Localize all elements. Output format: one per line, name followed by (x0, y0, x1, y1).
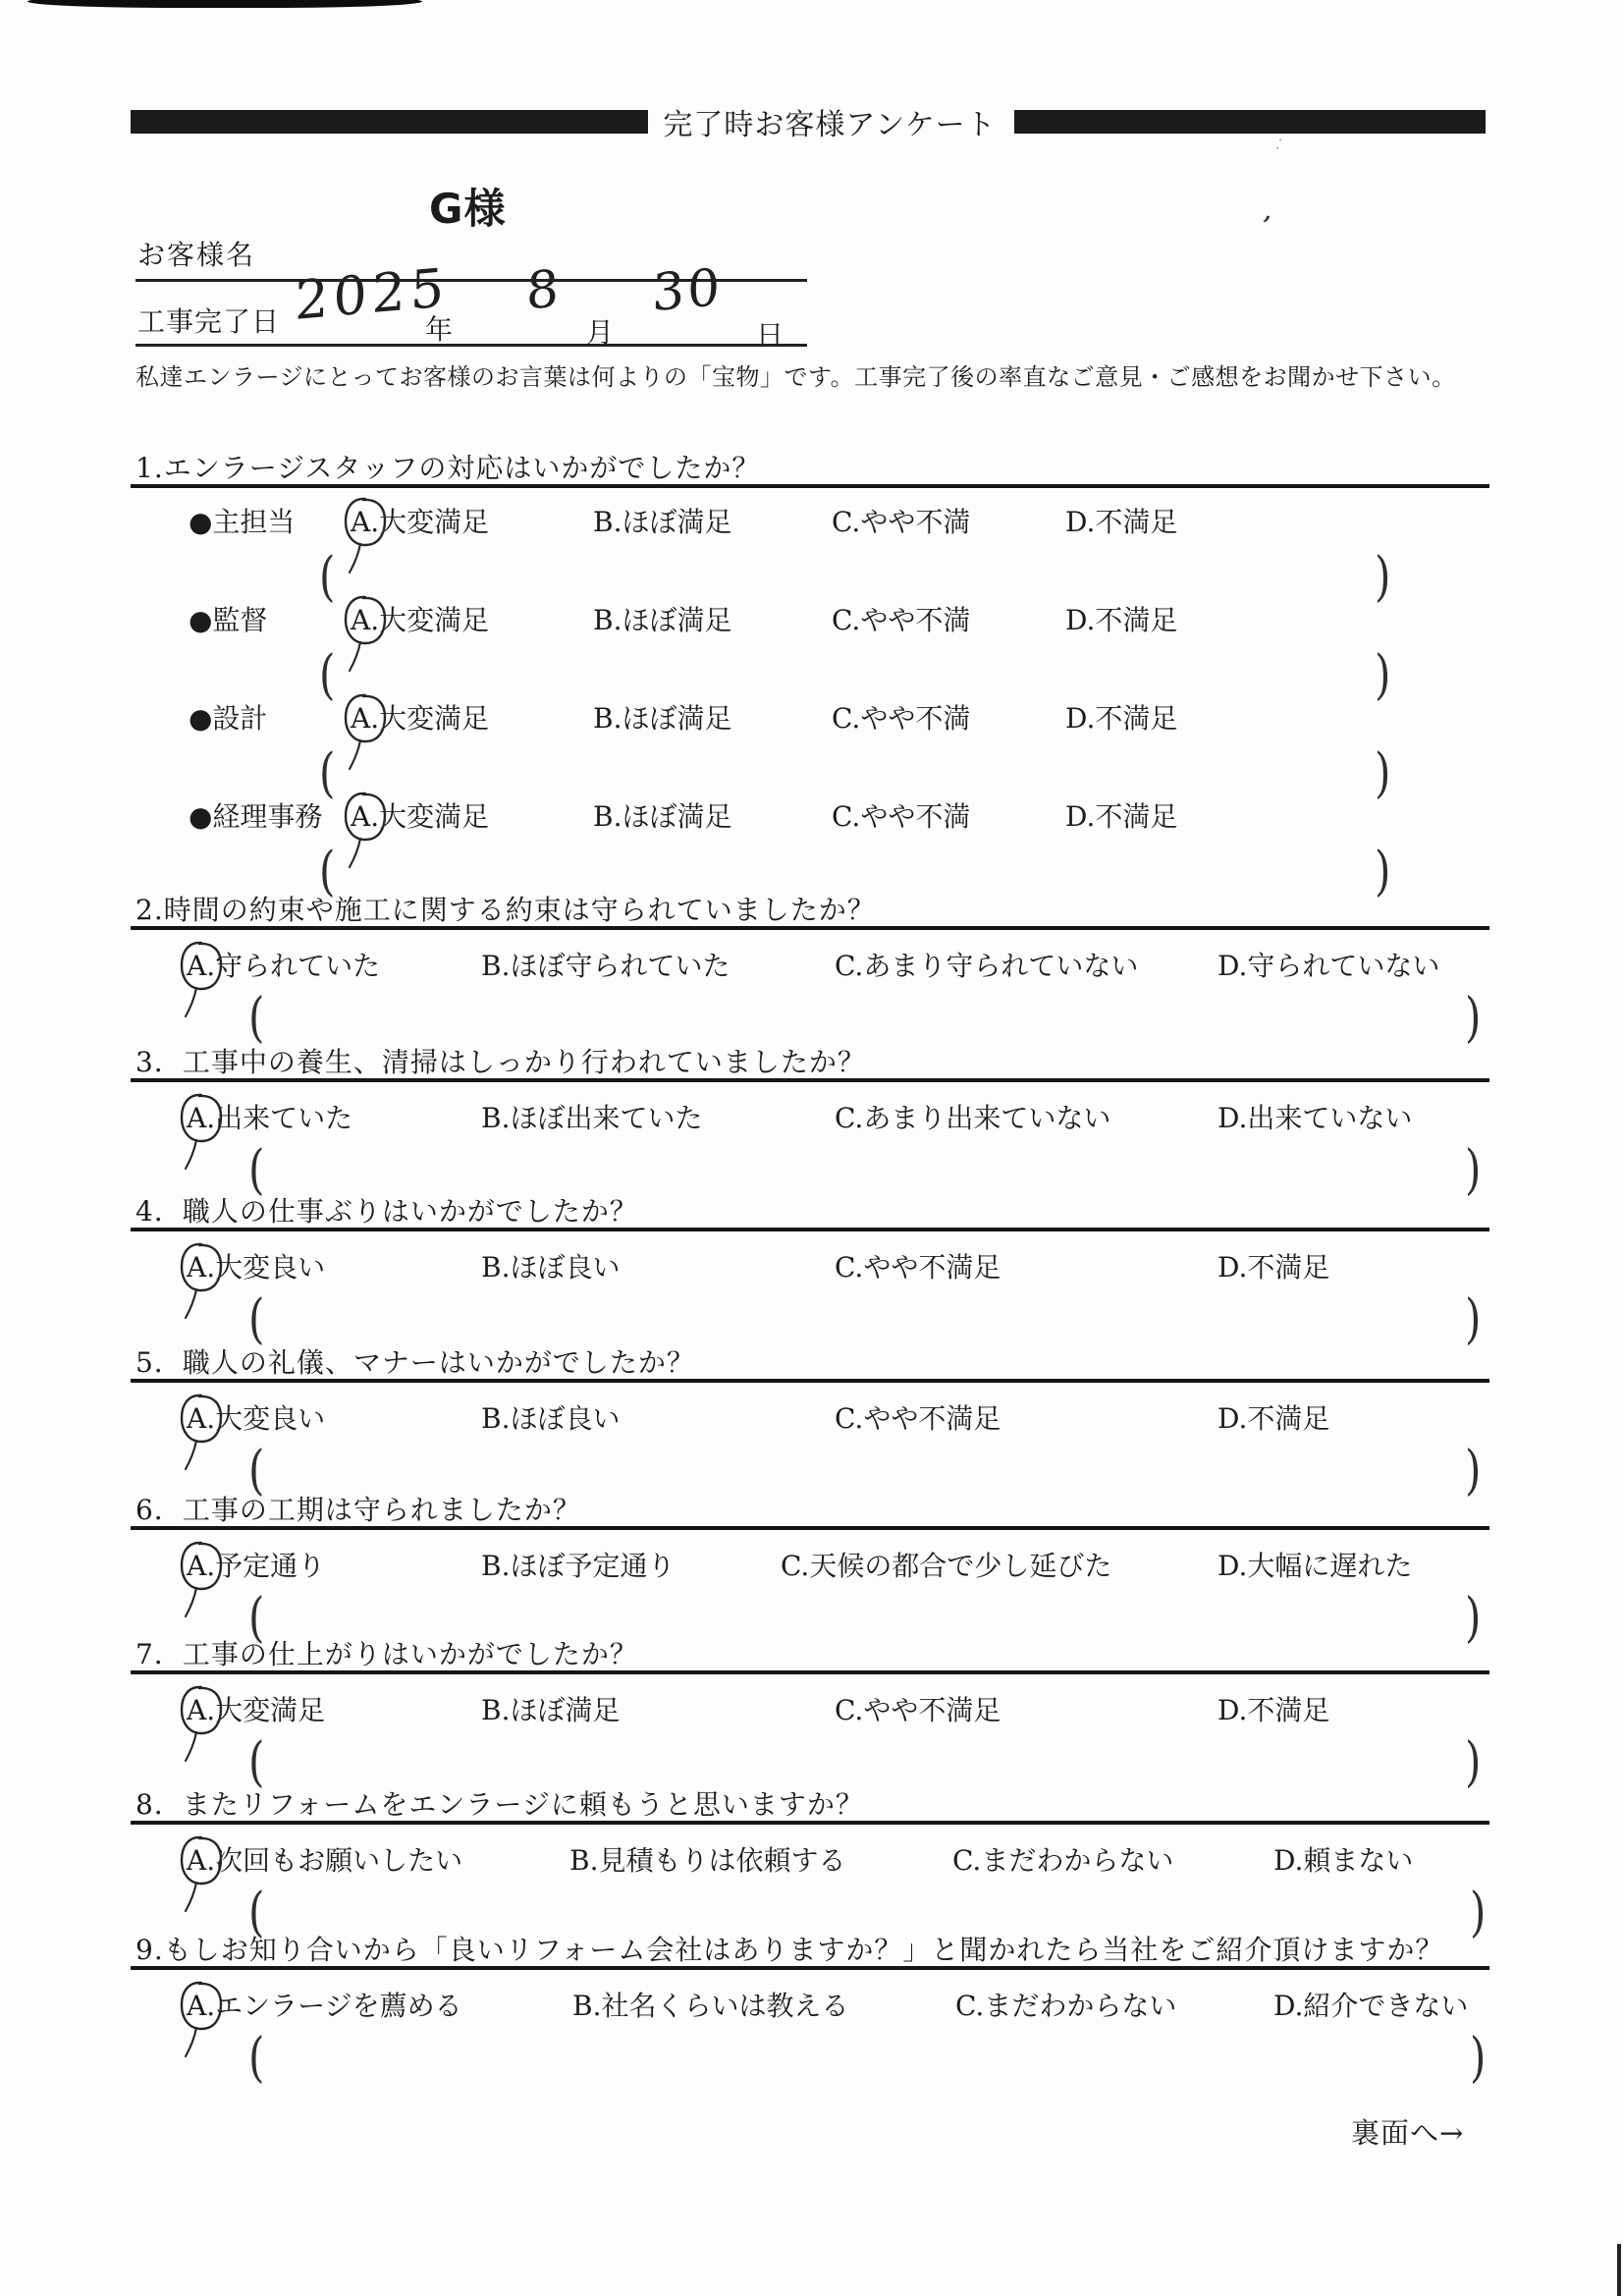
answer-blank-close-paren: ) (1465, 1735, 1481, 1789)
option-d: D.不満足 (1217, 1397, 1329, 1437)
selected-answer-circle-mark (176, 1392, 227, 1476)
scan-artifact-smudge (27, 0, 422, 8)
option-text: 大変良い (215, 1402, 325, 1435)
option-b: B.ほぼ満足 (593, 697, 732, 737)
option-letter: A. (187, 1251, 215, 1284)
answer-blank-close-paren: ) (1375, 746, 1390, 800)
question-underline (131, 1670, 1489, 1674)
option-letter: B. (569, 1844, 598, 1877)
answer-blank-open-paren: ( (248, 1292, 264, 1346)
selected-answer-circle-mark (176, 1683, 227, 1768)
option-text: 守られていない (1247, 950, 1439, 982)
option-a: A.大変良い (187, 1246, 325, 1285)
row-label: ●経理事務 (189, 795, 322, 835)
option-text: あまり守られていない (863, 950, 1138, 982)
option-c: C.やや不満 (832, 501, 970, 540)
option-letter: A. (351, 604, 379, 636)
option-letter: C. (781, 1550, 809, 1582)
option-c: C.やや不満足 (835, 1397, 1001, 1437)
option-text: やや不満足 (863, 1251, 1001, 1284)
answer-blank-close-paren: ) (1465, 991, 1481, 1045)
option-text: やや不満 (860, 702, 970, 735)
option-letter: C. (955, 1990, 984, 2022)
option-c: C.やや不満 (832, 697, 970, 737)
option-b: B.ほぼ出来ていた (481, 1097, 703, 1136)
option-a: A.守られていた (187, 945, 380, 984)
question-title: 7．工事の仕上がりはいかがでしたか？ (135, 1633, 638, 1672)
option-letter: A. (187, 950, 215, 982)
option-text: ほぼ満足 (622, 702, 731, 735)
question-title: 6．工事の工期は守られましたか？ (135, 1489, 581, 1528)
option-c: C.やや不満 (832, 795, 970, 835)
answer-blank-open-paren: ( (319, 648, 335, 702)
option-letter: A. (187, 1694, 215, 1726)
option-letter: D. (1065, 800, 1095, 833)
option-letter: A. (187, 1844, 215, 1877)
option-text: やや不満 (860, 506, 970, 538)
customer-name-value: G様 (429, 177, 506, 236)
option-text: 不満足 (1247, 1251, 1329, 1284)
option-text: 頼まない (1303, 1844, 1413, 1877)
option-text: 不満足 (1095, 506, 1177, 538)
option-text: 不満足 (1095, 604, 1177, 636)
answer-blank-close-paren: ) (1470, 2031, 1486, 2085)
option-letter: D. (1273, 1990, 1303, 2022)
completion-date-label: 工事完了日 (137, 301, 280, 340)
back-side-note: 裏面へ→ (1351, 2111, 1464, 2152)
option-text: 不満足 (1095, 702, 1177, 735)
option-text: やや不満足 (863, 1402, 1001, 1435)
option-letter: C. (832, 800, 860, 833)
option-text: エンラージを薦める (215, 1990, 461, 2022)
option-letter: C. (952, 1844, 981, 1877)
option-letter: D. (1273, 1844, 1303, 1877)
option-text: ほぼ守られていた (510, 950, 730, 982)
option-b: B.ほぼ満足 (593, 795, 732, 835)
option-letter: D. (1065, 506, 1095, 538)
option-letter: D. (1065, 702, 1095, 735)
option-d: D.不満足 (1217, 1689, 1329, 1728)
option-letter: D. (1217, 1550, 1247, 1582)
option-letter: B. (481, 1251, 510, 1284)
completion-date-underline (135, 344, 807, 347)
question-underline (131, 484, 1489, 488)
option-text: 天候の都合で少し延びた (809, 1550, 1111, 1582)
option-a: A.大変満足 (351, 599, 489, 638)
option-text: 不満足 (1095, 800, 1177, 833)
selected-answer-circle-mark (176, 1979, 227, 2063)
answer-blank-open-paren: ( (248, 1735, 264, 1789)
answer-blank-open-paren: ( (248, 1143, 264, 1197)
option-c: C.天候の都合で少し延びた (781, 1545, 1111, 1584)
option-text: 不満足 (1247, 1694, 1329, 1726)
completion-date-month-handwritten: 8 (526, 259, 560, 321)
answer-blank-open-paren: ( (319, 746, 335, 800)
option-a: A.大変満足 (187, 1689, 325, 1728)
option-b: B.ほぼ予定通り (481, 1545, 676, 1584)
option-letter: D. (1217, 950, 1247, 982)
option-letter: B. (481, 1402, 510, 1435)
option-c: C.あまり出来ていない (835, 1097, 1110, 1136)
option-b: B.見積もりは依頼する (569, 1839, 846, 1879)
option-letter: D. (1217, 1102, 1247, 1134)
option-letter: B. (593, 506, 622, 538)
option-c: C.まだわからない (955, 1985, 1176, 2024)
scan-artifact-dots: ⁚ (1273, 136, 1283, 154)
answer-blank-open-paren: ( (319, 550, 335, 604)
option-a: A.大変満足 (351, 697, 489, 737)
selected-answer-circle-mark (340, 495, 391, 579)
option-a: A.大変満足 (351, 795, 489, 835)
question-underline (131, 1966, 1489, 1970)
answer-blank-close-paren: ) (1465, 1292, 1481, 1346)
answer-blank-close-paren: ) (1375, 648, 1390, 702)
option-letter: A. (351, 702, 379, 735)
option-text: ほぼ出来ていた (510, 1102, 702, 1134)
option-text: ほぼ満足 (622, 800, 731, 833)
option-d: D.不満足 (1065, 501, 1177, 540)
option-text: 予定通り (215, 1550, 325, 1582)
option-text: ほぼ満足 (510, 1694, 620, 1726)
row-label: ●監督 (189, 599, 267, 638)
selected-answer-circle-mark (340, 790, 391, 874)
option-text: 大変満足 (379, 506, 489, 538)
question-underline (131, 926, 1489, 930)
question-underline (131, 1526, 1489, 1530)
option-letter: D. (1065, 604, 1095, 636)
selected-answer-circle-mark (340, 691, 391, 776)
option-text: 不満足 (1247, 1402, 1329, 1435)
option-a: A.予定通り (187, 1545, 325, 1584)
day-unit-label: 日 (756, 314, 784, 354)
option-c: C.まだわからない (952, 1839, 1173, 1879)
selected-answer-circle-mark (340, 593, 391, 678)
option-a: A.出来ていた (187, 1097, 352, 1136)
option-letter: C. (835, 950, 863, 982)
option-d: D.大幅に遅れた (1217, 1545, 1412, 1584)
option-text: 出来ていない (1247, 1102, 1412, 1134)
intro-text: 私達エンラージにとってお客様のお言葉は何よりの「宝物」です。工事完了後の率直なご… (135, 357, 1500, 392)
option-b: B.社名くらいは教える (572, 1985, 849, 2024)
option-text: ほぼ満足 (622, 506, 731, 538)
completion-date-day-handwritten: 30 (652, 258, 724, 324)
header-bar-right (1014, 110, 1486, 134)
row-label: ●設計 (189, 697, 267, 737)
selected-answer-circle-mark (176, 1091, 227, 1175)
option-text: 大幅に遅れた (1247, 1550, 1412, 1582)
option-d: D.紹介できない (1273, 1985, 1468, 2024)
option-text: やや不満 (860, 604, 970, 636)
option-letter: B. (481, 1694, 510, 1726)
question-underline (131, 1228, 1489, 1231)
option-text: 出来ていた (215, 1102, 352, 1134)
answer-blank-close-paren: ) (1465, 1591, 1481, 1645)
option-letter: B. (481, 1550, 510, 1582)
option-text: 大変満足 (215, 1694, 325, 1726)
selected-answer-circle-mark (176, 939, 227, 1023)
answer-blank-close-paren: ) (1375, 845, 1390, 899)
answer-blank-close-paren: ) (1465, 1444, 1481, 1498)
row-label: ●主担当 (189, 501, 295, 540)
question-title: 4．職人の仕事ぶりはいかがでしたか？ (135, 1190, 638, 1230)
option-a: A.次回もお願いしたい (187, 1839, 462, 1879)
option-text: 大変満足 (379, 800, 489, 833)
answer-blank-open-paren: ( (248, 2031, 264, 2085)
option-letter: B. (593, 604, 622, 636)
question-title: 1.エンラージスタッフの対応はいかがでしたか？ (135, 447, 760, 486)
option-b: B.ほぼ守られていた (481, 945, 730, 984)
option-text: 守られていた (215, 950, 380, 982)
scan-artifact-edge (1617, 2244, 1621, 2296)
header-bar-left (131, 110, 648, 134)
option-letter: B. (481, 1102, 510, 1134)
option-letter: C. (835, 1102, 863, 1134)
option-text: まだわからない (984, 1990, 1176, 2022)
option-letter: B. (593, 800, 622, 833)
option-letter: A. (187, 1990, 215, 2022)
option-d: D.不満足 (1217, 1246, 1329, 1285)
question-title: 8．またリフォームをエンラージに頼もうと思いますか？ (135, 1783, 864, 1823)
option-letter: A. (187, 1402, 215, 1435)
option-b: B.ほぼ満足 (593, 501, 732, 540)
option-letter: A. (351, 800, 379, 833)
option-b: B.ほぼ良い (481, 1246, 621, 1285)
option-text: ほぼ満足 (622, 604, 731, 636)
option-d: D.頼まない (1273, 1839, 1413, 1879)
option-text: あまり出来ていない (863, 1102, 1110, 1134)
answer-blank-close-paren: ) (1375, 550, 1390, 604)
question-title: 2.時間の約束や施工に関する約束は守られていましたか？ (135, 889, 876, 928)
option-text: やや不満足 (863, 1694, 1001, 1726)
option-letter: C. (832, 702, 860, 735)
option-text: まだわからない (981, 1844, 1173, 1877)
option-a: A.大変満足 (351, 501, 489, 540)
option-letter: D. (1217, 1402, 1247, 1435)
option-letter: B. (481, 950, 510, 982)
option-text: 紹介できない (1303, 1990, 1468, 2022)
option-text: 大変満足 (379, 702, 489, 735)
scanned-survey-page: 完了時お客様アンケート ⁚ G様 お客様名 ’ 工事完了日 2025 年 8 月… (0, 0, 1623, 2296)
page-title: 完了時お客様アンケート (648, 100, 1011, 143)
scan-artifact-pen-tick: ’ (1256, 209, 1273, 245)
option-text: 社名くらいは教える (601, 1990, 848, 2022)
option-text: 大変良い (215, 1251, 325, 1284)
selected-answer-circle-mark (176, 1833, 227, 1918)
option-letter: C. (835, 1694, 863, 1726)
option-b: B.ほぼ良い (481, 1397, 621, 1437)
question-underline (131, 1821, 1489, 1825)
option-a: A.大変良い (187, 1397, 325, 1437)
option-d: D.守られていない (1217, 945, 1439, 984)
selected-answer-circle-mark (176, 1240, 227, 1325)
answer-blank-open-paren: ( (248, 991, 264, 1045)
question-underline (131, 1379, 1489, 1383)
option-text: ほぼ良い (510, 1251, 620, 1284)
question-title: 3．工事中の養生、清掃はしっかり行われていましたか？ (135, 1041, 866, 1080)
option-d: D.不満足 (1065, 795, 1177, 835)
option-b: B.ほぼ満足 (593, 599, 732, 638)
option-a: A.エンラージを薦める (187, 1985, 462, 2024)
option-letter: A. (187, 1550, 215, 1582)
option-text: やや不満 (860, 800, 970, 833)
option-letter: C. (835, 1251, 863, 1284)
year-unit-label: 年 (425, 308, 453, 348)
option-d: D.不満足 (1065, 599, 1177, 638)
option-letter: A. (351, 506, 379, 538)
option-b: B.ほぼ満足 (481, 1689, 621, 1728)
option-text: ほぼ良い (510, 1402, 620, 1435)
option-c: C.あまり守られていない (835, 945, 1138, 984)
option-text: 次回もお願いしたい (215, 1844, 462, 1877)
option-letter: C. (832, 506, 860, 538)
answer-blank-close-paren: ) (1470, 1886, 1486, 1940)
option-letter: A. (187, 1102, 215, 1134)
option-letter: B. (572, 1990, 601, 2022)
option-letter: D. (1217, 1251, 1247, 1284)
customer-name-label: お客様名 (137, 234, 255, 273)
option-c: C.やや不満足 (835, 1689, 1001, 1728)
option-text: 見積もりは依頼する (598, 1844, 845, 1877)
option-letter: C. (835, 1402, 863, 1435)
option-c: C.やや不満足 (835, 1246, 1001, 1285)
option-letter: C. (832, 604, 860, 636)
option-c: C.やや不満 (832, 599, 970, 638)
option-letter: B. (593, 702, 622, 735)
selected-answer-circle-mark (176, 1539, 227, 1623)
question-underline (131, 1078, 1489, 1082)
option-text: 大変満足 (379, 604, 489, 636)
question-title: 5．職人の礼儀、マナーはいかがでしたか？ (135, 1341, 695, 1381)
answer-blank-close-paren: ) (1465, 1143, 1481, 1197)
option-letter: D. (1217, 1694, 1247, 1726)
question-title: 9.もしお知り合いから「良いリフォーム会社はありますか？」と聞かれたら当社をご紹… (135, 1929, 1443, 1968)
option-d: D.不満足 (1065, 697, 1177, 737)
option-d: D.出来ていない (1217, 1097, 1412, 1136)
option-text: ほぼ予定通り (510, 1550, 675, 1582)
